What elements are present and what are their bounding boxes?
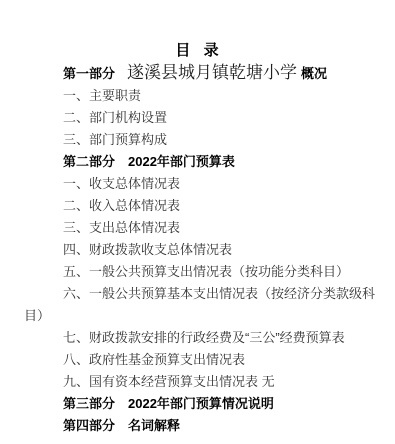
toc-item-part2-3: 三、支出总体情况表 <box>24 217 371 239</box>
part3-label: 第三部分 <box>63 396 115 411</box>
toc-item-part2-8: 八、政府性基金预算支出情况表 <box>24 349 371 371</box>
page-title: 目 录 <box>24 40 371 62</box>
part3-heading: 第三部分2022年部门预算情况说明 <box>24 393 371 415</box>
toc-item-part2-6-line1: 六、一般公共预算基本支出情况表（按经济分类款级科 <box>24 283 371 305</box>
part2-title: 2022年部门预算表 <box>128 154 235 169</box>
toc-item-part1-2: 二、部门机构设置 <box>24 107 371 129</box>
part4-title: 名词解释 <box>128 418 180 433</box>
part2-heading: 第二部分2022年部门预算表 <box>24 151 371 173</box>
part4-heading: 第四部分名词解释 <box>24 415 371 437</box>
toc-item-part1-3: 三、部门预算构成 <box>24 129 371 151</box>
organization-name: 遂溪县城月镇乾塘小学 <box>127 63 297 82</box>
toc-item-part2-9: 九、国有资本经营预算支出情况表 无 <box>24 371 371 393</box>
document-page: 目 录 第一部分遂溪县城月镇乾塘小学概况 一、主要职责 二、部门机构设置 三、部… <box>0 0 395 444</box>
part4-label: 第四部分 <box>63 418 115 433</box>
part2-label: 第二部分 <box>63 154 115 169</box>
toc-item-part2-7: 七、财政拨款安排的行政经费及“三公”经费预算表 <box>24 327 371 349</box>
toc-item-part2-4: 四、财政拨款收支总体情况表 <box>24 239 371 261</box>
part1-suffix: 概况 <box>301 66 327 81</box>
toc-item-part2-2: 二、收入总体情况表 <box>24 195 371 217</box>
toc-item-part2-6-line2: 目） <box>24 305 371 327</box>
toc-item-part1-1: 一、主要职责 <box>24 85 371 107</box>
part1-heading: 第一部分遂溪县城月镇乾塘小学概况 <box>24 62 371 85</box>
part3-title: 2022年部门预算情况说明 <box>128 396 274 411</box>
toc-content: 目 录 第一部分遂溪县城月镇乾塘小学概况 一、主要职责 二、部门机构设置 三、部… <box>0 0 395 437</box>
toc-item-part2-5: 五、一般公共预算支出情况表（按功能分类科目） <box>24 261 371 283</box>
toc-item-part2-1: 一、收支总体情况表 <box>24 173 371 195</box>
part1-label: 第一部分 <box>63 66 115 81</box>
